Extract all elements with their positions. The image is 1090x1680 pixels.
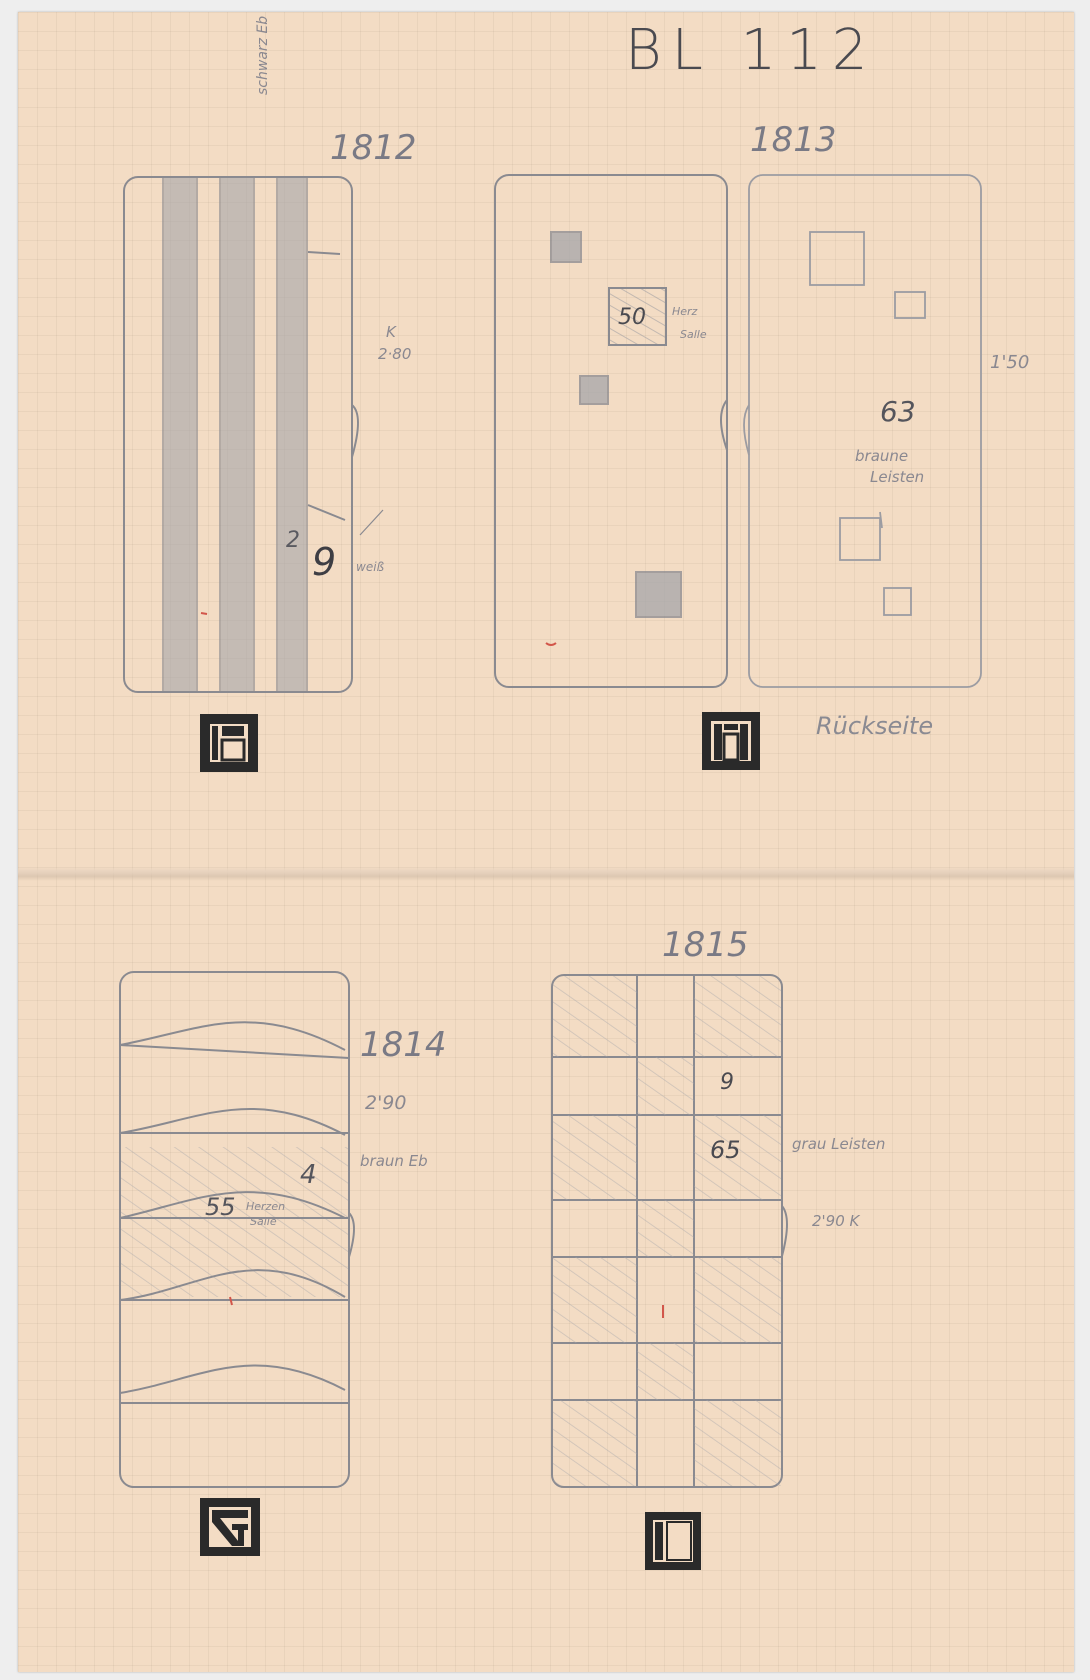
side-note-k: K — [386, 323, 396, 341]
sketch-1813-front — [495, 175, 727, 687]
stamp-1815-icon — [643, 1510, 703, 1572]
inner-number-65: 65 — [710, 1136, 741, 1164]
side-word-1812: weiß — [356, 560, 384, 574]
year-label-1815: 1815 — [662, 925, 749, 965]
sketch-1814 — [120, 972, 354, 1487]
inner-number-4: 4 — [300, 1160, 317, 1190]
inner-number-55: 55 — [205, 1193, 236, 1221]
sketch-1815 — [552, 975, 787, 1487]
color-note-1815: grau Leisten — [792, 1135, 885, 1153]
square-note-1: Herz — [672, 305, 697, 318]
back-number-63: 63 — [880, 395, 916, 428]
sketch-1813-back — [744, 175, 981, 687]
vertical-note-1812: schwarz Eb — [255, 16, 271, 95]
stamp-1812-icon — [198, 712, 260, 774]
inner-note-1814-b: Salle — [250, 1215, 277, 1228]
sheet-label: BL 112 — [625, 18, 878, 83]
inner-number-9-1815: 9 — [720, 1070, 734, 1095]
pencil-sketches — [0, 0, 1090, 1680]
square-label-50: 50 — [618, 305, 646, 330]
inner-note-1814-a: Herzen — [246, 1200, 285, 1213]
year-label-1812: 1812 — [330, 128, 417, 168]
price-1814: 2'90 — [365, 1092, 407, 1114]
stamp-1813-icon — [700, 710, 762, 772]
side-note-price-1812: 2·80 — [378, 345, 411, 363]
back-note-2: Leisten — [870, 468, 924, 486]
sketch-1812 — [124, 177, 383, 692]
inner-number-2: 2 — [286, 528, 300, 553]
back-note-1: braune — [855, 447, 908, 465]
inner-number-9: 9 — [312, 540, 336, 584]
stamp-1814-icon — [198, 1496, 262, 1558]
year-label-1814: 1814 — [360, 1025, 447, 1065]
red-mark — [201, 613, 207, 614]
color-note-1814: braun Eb — [360, 1152, 428, 1170]
year-label-1813: 1813 — [750, 120, 837, 160]
rueckseite-caption: Rückseite — [816, 712, 933, 740]
price-1815: 2'90 K — [812, 1212, 859, 1230]
side-price-1813: 1'50 — [990, 352, 1029, 373]
square-note-2: Salle — [680, 328, 707, 341]
